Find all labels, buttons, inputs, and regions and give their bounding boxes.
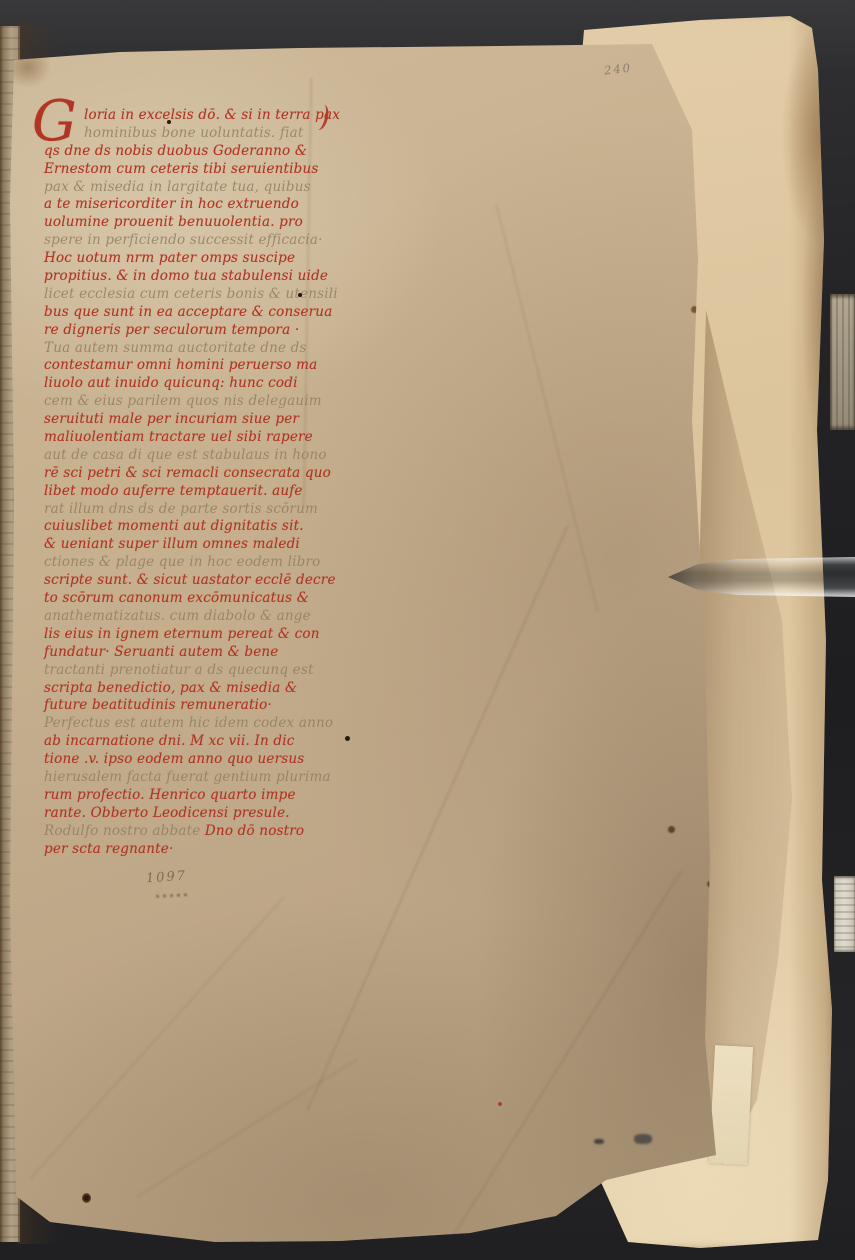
- manuscript-line: Hoc uotum nrm pater omps suscipe: [44, 250, 352, 268]
- manuscript-line: qs dne ds nobis duobus Goderanno &: [44, 143, 352, 161]
- parchment-crease: [29, 896, 285, 1180]
- manuscript-line: lis eius in ignem eternum pereat & con: [44, 626, 352, 644]
- manuscript-text-segment: per scta regnante·: [44, 841, 173, 857]
- manuscript-line: uolumine prouenit benuuolentia. pro: [44, 214, 352, 232]
- manuscript-line: to scōrum canonum excōmunicatus &: [44, 590, 352, 608]
- manuscript-line: ab incarnatione dni. M xc vii. In dic: [44, 733, 352, 751]
- parchment-crease: [136, 1058, 358, 1197]
- manuscript-text-segment: fundatur· Seruanti autem & bene: [44, 644, 278, 660]
- manuscript-text-segment: re digneris per seculorum tempora ·: [44, 322, 299, 338]
- manuscript-line: Rodulfo nostro abbate Dno dō nostro: [44, 823, 352, 841]
- manuscript-line: seruituti male per incuriam siue per: [44, 411, 352, 429]
- manuscript-line: future beatitudinis remuneratio·: [44, 697, 352, 715]
- manuscript-text-segment: Rodulfo nostro abbate: [44, 823, 205, 839]
- manuscript-line: cuiuslibet momenti aut dignitatis sit.: [44, 518, 352, 536]
- manuscript-text-segment: to scōrum canonum excōmunicatus &: [44, 590, 309, 606]
- manuscript-text-segment: pax & misedia in largitate tua, quibus: [44, 179, 311, 195]
- manuscript-line: rē sci petri & sci remacli consecrata qu…: [44, 465, 352, 483]
- binding-strap-top: [830, 294, 855, 430]
- manuscript-line: rum profectio. Henrico quarto impe: [44, 787, 352, 805]
- manuscript-text-segment: scripte sunt. & sicut uastator ecclē dec…: [44, 572, 336, 588]
- manuscript-text-segment: ctiones & plage que in hoc eodem libro: [44, 554, 320, 570]
- manuscript-text-segment: future beatitudinis remuneratio·: [44, 697, 272, 713]
- ink-speck: [167, 120, 171, 124]
- manuscript-text-segment: maliuolentiam tractare uel sibi rapere: [44, 429, 313, 445]
- binding-strap-bottom: [834, 876, 855, 952]
- manuscript-line: pax & misedia in largitate tua, quibus: [44, 179, 352, 197]
- ink-speck: [345, 736, 350, 741]
- manuscript-line: anathematizatus. cum diabolo & ange: [44, 608, 352, 626]
- red-speck: [498, 1102, 502, 1106]
- foliation-number: 240: [603, 61, 632, 78]
- manuscript-text-segment: scripta benedictio, pax & misedia &: [44, 680, 297, 696]
- manuscript-text-segment: & ueniant super illum omnes maledi: [44, 536, 300, 552]
- manuscript-text-segment: tione .v. ipso eodem anno quo uersus: [44, 751, 304, 767]
- manuscript-line: maliuolentiam tractare uel sibi rapere: [44, 429, 352, 447]
- manuscript-text-segment: spere in perficiendo successit efficacia…: [44, 232, 323, 248]
- text-block: loria in excelsis dō. & si in terra paxh…: [44, 107, 352, 858]
- manuscript-text-segment: rum profectio. Henrico quarto impe: [44, 787, 296, 803]
- wormhole: [82, 1193, 91, 1203]
- year-annotation: 1097: [146, 869, 188, 887]
- manuscript-line: per scta regnante·: [44, 841, 352, 859]
- manuscript-line: cem & eius parilem quos nis delegauim: [44, 393, 352, 411]
- manuscript-line: rante. Obberto Leodicensi presule.: [44, 805, 352, 823]
- manuscript-line: scripta benedictio, pax & misedia &: [44, 680, 352, 698]
- manuscript-text-segment: qs dne ds nobis duobus Goderanno &: [44, 143, 307, 159]
- ink-speck: [298, 293, 302, 297]
- dark-smudge: [594, 1139, 604, 1144]
- manuscript-text-segment: lis eius in ignem eternum pereat & con: [44, 626, 320, 642]
- manuscript-text-segment: Dno dō nostro: [205, 823, 304, 839]
- manuscript-text-segment: Hoc uotum nrm pater omps suscipe: [44, 250, 295, 266]
- manuscript-text-segment: rē sci petri & sci remacli consecrata qu…: [44, 465, 331, 481]
- manuscript-text-segment: uolumine prouenit benuuolentia. pro: [44, 214, 303, 230]
- manuscript-line: Perfectus est autem hic idem codex anno: [44, 715, 352, 733]
- manuscript-text-segment: aut de casa di que est stabulaus in hono: [44, 447, 327, 463]
- manuscript-line: fundatur· Seruanti autem & bene: [44, 644, 352, 662]
- manuscript-text-segment: rat illum dns ds de parte sortis scōrum: [44, 501, 318, 517]
- manuscript-text-segment: seruituti male per incuriam siue per: [44, 411, 299, 427]
- manuscript-line: ctiones & plage que in hoc eodem libro: [44, 554, 352, 572]
- manuscript-line: scripte sunt. & sicut uastator ecclē dec…: [44, 572, 352, 590]
- manuscript-line: propitius. & in domo tua stabulensi uide: [44, 268, 352, 286]
- manuscript-text-segment: liuolo aut inuido quicunq: hunc codi: [44, 375, 298, 391]
- manuscript-line: hominibus bone uoluntatis. fiat: [44, 125, 352, 143]
- manuscript-line: spere in perficiendo successit efficacia…: [44, 232, 352, 250]
- manuscript-text-segment: Tua autem summa auctoritate dne ds: [44, 340, 307, 356]
- manuscript-line: libet modo auferre temptauerit. aufe: [44, 483, 352, 501]
- manuscript-line: hierusalem facta fuerat gentium plurima: [44, 769, 352, 787]
- manuscript-line: loria in excelsis dō. & si in terra pax: [44, 107, 352, 125]
- parchment-page: G loria in excelsis dō. & si in terra pa…: [6, 18, 722, 1248]
- ink-smudge: [156, 893, 190, 898]
- manuscript-text-segment: bus que sunt in ea acceptare & conserua: [44, 304, 332, 320]
- manuscript-text-segment: ab incarnatione dni. M xc vii. In dic: [44, 733, 295, 749]
- manuscript-line: bus que sunt in ea acceptare & conserua: [44, 304, 352, 322]
- parchment-crease: [495, 204, 599, 612]
- manuscript-line: Tua autem summa auctoritate dne ds: [44, 340, 352, 358]
- manuscript-text-segment: contestamur omni homini peruerso ma: [44, 357, 317, 373]
- manuscript-text-segment: loria in excelsis dō. & si in terra pax: [84, 107, 340, 123]
- manuscript-line: aut de casa di que est stabulaus in hono: [44, 447, 352, 465]
- manuscript-line: tractanti prenotiatur a ds quecunq est: [44, 662, 352, 680]
- manuscript-text-segment: hominibus bone uoluntatis. fiat: [84, 125, 304, 141]
- manuscript-text-segment: rante. Obberto Leodicensi presule.: [44, 805, 290, 821]
- manuscript-line: liuolo aut inuido quicunq: hunc codi: [44, 375, 352, 393]
- manuscript-text-segment: libet modo auferre temptauerit. aufe: [44, 483, 303, 499]
- manuscript-line: re digneris per seculorum tempora ·: [44, 322, 352, 340]
- manuscript-line: & ueniant super illum omnes maledi: [44, 536, 352, 554]
- manuscript-text-segment: propitius. & in domo tua stabulensi uide: [44, 268, 328, 284]
- paper-patch: [709, 1045, 753, 1165]
- manuscript-text-segment: licet ecclesia cum ceteris bonis & utens…: [44, 286, 338, 302]
- dark-smudge: [634, 1134, 652, 1144]
- manuscript-text-segment: anathematizatus. cum diabolo & ange: [44, 608, 311, 624]
- stain-spot: [668, 826, 675, 833]
- manuscript-text-segment: cuiuslibet momenti aut dignitatis sit.: [44, 518, 304, 534]
- manuscript-text-segment: Perfectus est autem hic idem codex anno: [44, 715, 333, 731]
- manuscript-line: contestamur omni homini peruerso ma: [44, 357, 352, 375]
- manuscript-text-segment: hierusalem facta fuerat gentium plurima: [44, 769, 331, 785]
- manuscript-line: rat illum dns ds de parte sortis scōrum: [44, 501, 352, 519]
- manuscript-text-segment: a te misericorditer in hoc extruendo: [44, 196, 299, 212]
- manuscript-text-segment: cem & eius parilem quos nis delegauim: [44, 393, 322, 409]
- manuscript-text-segment: Ernestom cum ceteris tibi seruientibus: [44, 161, 319, 177]
- manuscript-text-segment: tractanti prenotiatur a ds quecunq est: [44, 662, 314, 678]
- manuscript-line: a te misericorditer in hoc extruendo: [44, 196, 352, 214]
- manuscript-line: licet ecclesia cum ceteris bonis & utens…: [44, 286, 352, 304]
- manuscript-line: Ernestom cum ceteris tibi seruientibus: [44, 161, 352, 179]
- manuscript-photo: G loria in excelsis dō. & si in terra pa…: [0, 0, 855, 1260]
- manuscript-line: tione .v. ipso eodem anno quo uersus: [44, 751, 352, 769]
